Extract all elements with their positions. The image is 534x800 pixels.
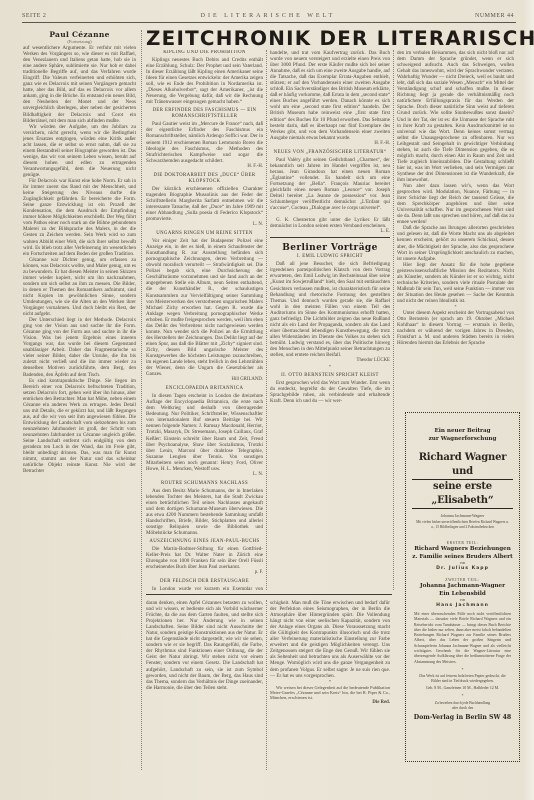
notice-signature: H. F.-H.	[270, 141, 390, 147]
lecture-text: den im verbalen Beisammen, das sich nich…	[397, 50, 514, 183]
ad-order-note: oder durch den	[406, 706, 519, 711]
page-edge	[524, 0, 534, 800]
ad-part-title: Richard Wagners Beziehungen	[406, 546, 519, 554]
footnote: Wir weisen bei dieser Gelegenheit auf di…	[270, 685, 390, 700]
notice-text: Paul Gautier weist im „Mercure de France…	[146, 121, 263, 163]
ad-illustrations: Mit vielen bisher unveröffentlichten Bri…	[406, 518, 519, 530]
notice-signature: p. F.	[146, 570, 263, 576]
notice-heading: DER ERFINDER DES FASCHISMUS — EIN ROMANS…	[146, 108, 263, 120]
lecture-text: Unter diesem Aspekt erscheint der Vortra…	[397, 310, 514, 346]
column-separator	[141, 30, 142, 770]
notice-heading: UNGARNS RINGEN UM REINE SITTEN	[146, 231, 263, 237]
article-title: Paul Cézanne	[23, 30, 136, 39]
footnote-signature: Die Red.	[270, 700, 390, 706]
ad-prices: Geh. 8 M., Ganzleinen 10 M., Halbleder 1…	[406, 686, 519, 691]
notice-signature: Hill GRILAND.	[146, 377, 263, 383]
ad-title-line: Richard Wagner und	[412, 451, 513, 480]
chronik-column-2: KIPLING UND DIE PROHIBITION Kiplings neu…	[146, 50, 263, 590]
ad-publisher: Dom-Verlag in Berlin SW 48	[406, 713, 519, 722]
notice-text: G. K. Chesterton gibt unter die Lyriker.…	[270, 217, 390, 229]
vortraege-title: Berliner Vorträge	[270, 242, 390, 254]
notice-text: In London wurde vor kurzem ein Exemplar …	[146, 586, 263, 590]
chronik-bottom-rule	[146, 594, 392, 595]
ad-star: *	[406, 668, 519, 673]
header-rule	[22, 22, 516, 23]
notice-text: Der kürzlich erschienenen offiziellen Ch…	[146, 186, 263, 222]
notice-heading: DER FELDSCH DER ERSTAUSGABE	[146, 579, 263, 585]
separator-star: *	[270, 364, 390, 370]
paragraph: Der Unterschied liegt in der Methode. De…	[23, 317, 136, 377]
notice-heading: ENCICLOPAEDIA BRITANNICA	[146, 386, 263, 392]
column-separator	[393, 50, 394, 590]
lecture-text: Hier liegt der Ansatz für die hohe gegeb…	[397, 262, 514, 304]
ad-title-line: seine erste „Elisabeth“	[412, 480, 513, 509]
column-separator	[266, 50, 267, 590]
paragraph: Cézanne war Dichter genug, um erfassen z…	[23, 257, 136, 317]
notice-heading: AUSZEICHNUNG EINES JEAN-PAUL-BUCHS	[146, 539, 263, 545]
ad-print-note: Das Werk ist auf feinem holzfreien Papie…	[406, 674, 519, 685]
paragraph: auf wesentlichere Argumente. Er verfuhr …	[23, 45, 136, 124]
notice-text: Vor einiger Zeit hat der Budapester Poli…	[146, 238, 263, 377]
notice-signature: L. E.	[270, 229, 390, 235]
ad-author: Dr. Julius Kapp	[406, 566, 519, 572]
lecture-heading: I. EMIL LUDWIG SPRICHT	[270, 254, 390, 260]
ad-author: Hans Jachmann	[406, 603, 519, 609]
lecture-text: Erst gesprochen wird das Wort zum Wunder…	[270, 380, 390, 404]
ad-star: *	[406, 694, 519, 699]
ad-kicker-line: zur Wagnerforschung	[406, 435, 519, 443]
cezanne-continuation-col3: schigkeit. Man muß die Töne erwischen un…	[270, 600, 390, 740]
ad-kicker: Ein neuer Beitrag zur Wagnerforschung	[406, 427, 519, 443]
issue-number: NUMMER 44	[475, 13, 514, 19]
newspaper-page: SEITE 2 DIE LITERARISCHE WELT NUMMER 44 …	[0, 0, 534, 800]
cezanne-continuation-col2: daran denken, einen Apfel Cézannes betas…	[146, 600, 263, 780]
publication-name: DIE LITERARISCHE WELT	[22, 13, 514, 19]
notice-heading: NEUES VON „FRANZÖSISCHER LITERATUR“	[270, 150, 390, 156]
section-rule	[270, 237, 390, 238]
ad-part-title: z. Familie seines Bruders Albert	[406, 554, 519, 562]
lecture-text: Nun aber dazu lassen wir's, wenn das Wor…	[397, 183, 514, 225]
section-banner: ZEITCHRONIK DER LITERARISCHEN WELT	[146, 27, 521, 50]
ad-description: Mit einer überraschenden Fülle noch nich…	[406, 612, 519, 665]
cezanne-article: Paul Cézanne (Fortsetzung) auf wesentlic…	[23, 30, 136, 760]
chronik-column-3: handelte, und trat vom Kaufvertrag zurüc…	[270, 50, 390, 590]
notice-signature: H. F.-H.	[146, 164, 263, 170]
paragraph: Für Delacroix war Kunst eine hohe Norm. …	[23, 178, 136, 257]
notice-signature: L. N.	[146, 222, 263, 228]
ad-kicker-line: Ein neuer Beitrag	[406, 427, 519, 435]
paragraph: Wir würden der Aufgabe, um des Jubilars …	[23, 124, 136, 178]
notice-heading: DIE DOKTORARBEIT DES „DUCE“ ÜBER KLOPSTO…	[146, 173, 263, 185]
notice-text: In diesen Tagen erscheint in London die …	[146, 393, 263, 472]
notice-heading: KIPLING UND DIE PROHIBITION	[146, 50, 263, 56]
ad-part-title: Ein Lebensbild	[406, 591, 519, 599]
lecture-text: Daß all jene Besucher, die sich Befriedi…	[270, 261, 390, 358]
ad-part-title: Johanna Jachmann-Wagner	[406, 583, 519, 591]
chronik-column-4: den im verbalen Beisammen, das sich nich…	[397, 50, 514, 405]
notice-text: Paul Valéry gibt seinen Gedichtband „Cha…	[270, 157, 390, 211]
notice-text: Kiplings neuestes Buch Debits and Credit…	[146, 57, 263, 105]
notice-text: handelte, und trat vom Kaufvertrag zurüc…	[270, 50, 390, 141]
paragraph: schigkeit. Man muß die Töne erwischen un…	[270, 600, 390, 679]
lecture-text: Daß die Sprache aus Ihrungen allerorten …	[397, 225, 514, 261]
notice-signature: L. N.	[146, 472, 263, 478]
notice-text: Die Martin-Bodmer-Stiftung für einen Got…	[146, 546, 263, 570]
paragraph: Es sind kontrapunktische Dinge. Sie lieg…	[23, 378, 136, 475]
lecture-heading: II. OTTO BERNSTEIN SPRICHT KLEIST	[270, 373, 390, 379]
column-separator	[266, 600, 267, 770]
notice-text: Aus dem Besitz Marie Schumanns, der in I…	[146, 488, 263, 536]
paragraph: daran denken, einen Apfel Cézannes betas…	[146, 600, 263, 691]
notice-heading: ROUTRE SCHUMANNS NACHLASS	[146, 481, 263, 487]
book-advertisement: Ein neuer Beitrag zur Wagnerforschung Ri…	[405, 412, 520, 762]
